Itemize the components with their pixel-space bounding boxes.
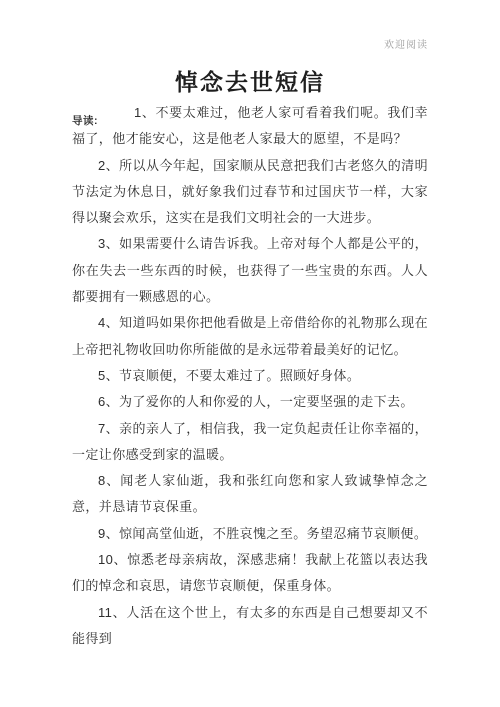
header-watermark: 欢迎阅读 (384, 36, 428, 51)
item-number: 6、 (98, 394, 119, 409)
item-number: 11、 (98, 605, 126, 620)
item-text: 所以从今年起，国家顺从民意把我们古老悠久的清明节法定为休息日，就好象我们过春节和… (72, 158, 428, 226)
list-item: 11、人活在这个世上，有太多的东西是自己想要却又不能得到 (72, 600, 428, 653)
document-page: 欢迎阅读 悼念去世短信 导读: 1、不要太难过，他老人家可看着我们呢。我们幸福了… (0, 0, 500, 707)
list-item: 5、节哀顺便，不要太难过了。照顾好身体。 (72, 363, 428, 389)
lead-label: 导读: (72, 108, 98, 134)
item-text: 节哀顺便，不要太难过了。照顾好身体。 (119, 368, 360, 383)
item-text: 闻老人家仙逝，我和张红向您和家人致诚挚悼念之意，并恳请节哀保重。 (72, 473, 428, 514)
document-body: 导读: 1、不要太难过，他老人家可看着我们呢。我们幸福了，他才能安心，这是他老人… (72, 100, 428, 652)
list-item: 4、知道吗如果你把他看做是上帝借给你的礼物那么现在上帝把礼物收回叻你所能做的是永… (72, 310, 428, 363)
list-item: 8、闻老人家仙逝，我和张红向您和家人致诚挚悼念之意，并恳请节哀保重。 (72, 468, 428, 521)
list-item: 10、惊悉老母亲病故，深感悲痛！我献上花篮以表达我们的悼念和哀思，请您节哀顺便，… (72, 547, 428, 600)
list-item: 3、如果需要什么请告诉我。上帝对每个人都是公平的，你在失去一些东西的时候，也获得… (72, 231, 428, 310)
list-item: 2、所以从今年起，国家顺从民意把我们古老悠久的清明节法定为休息日，就好象我们过春… (72, 153, 428, 232)
page-title: 悼念去世短信 (0, 64, 500, 97)
page: { "page": { "watermark": "欢迎阅读", "title"… (0, 0, 500, 707)
item-number: 10、 (98, 552, 127, 567)
list-item: 1、不要太难过，他老人家可看着我们呢。我们幸福了，他才能安心，这是他老人家最大的… (72, 100, 428, 153)
message-list: 1、不要太难过，他老人家可看着我们呢。我们幸福了，他才能安心，这是他老人家最大的… (72, 100, 428, 652)
list-item: 6、为了爱你的人和你爱的人，一定要坚强的走下去。 (72, 389, 428, 415)
item-text: 亲的亲人了，相信我，我一定负起责任让你幸福的，一定让你感受到家的温暖。 (72, 421, 428, 462)
item-number: 7、 (98, 421, 119, 436)
item-number: 3、 (98, 236, 119, 251)
list-item: 7、亲的亲人了，相信我，我一定负起责任让你幸福的，一定让你感受到家的温暖。 (72, 416, 428, 469)
item-text: 不要太难过，他老人家可看着我们呢。我们幸福了，他才能安心，这是他老人家最大的愿望… (72, 105, 428, 146)
item-text: 为了爱你的人和你爱的人，一定要坚强的走下去。 (119, 394, 414, 409)
item-number: 8、 (98, 473, 120, 488)
item-text: 如果需要什么请告诉我。上帝对每个人都是公平的，你在失去一些东西的时候，也获得了一… (72, 236, 428, 304)
item-number: 2、 (98, 158, 119, 173)
list-item: 9、惊闻高堂仙逝，不胜哀愧之至。务望忍痛节哀顺便。 (72, 521, 428, 547)
item-text: 惊闻高堂仙逝，不胜哀愧之至。务望忍痛节哀顺便。 (119, 526, 427, 541)
item-text: 人活在这个世上，有太多的东西是自己想要却又不能得到 (72, 605, 428, 646)
item-number: 5、 (98, 368, 119, 383)
item-number: 4、 (98, 315, 119, 330)
item-text: 知道吗如果你把他看做是上帝借给你的礼物那么现在上帝把礼物收回叻你所能做的是永远带… (72, 315, 428, 356)
item-number: 9、 (98, 526, 119, 541)
item-number: 1、 (134, 105, 156, 120)
